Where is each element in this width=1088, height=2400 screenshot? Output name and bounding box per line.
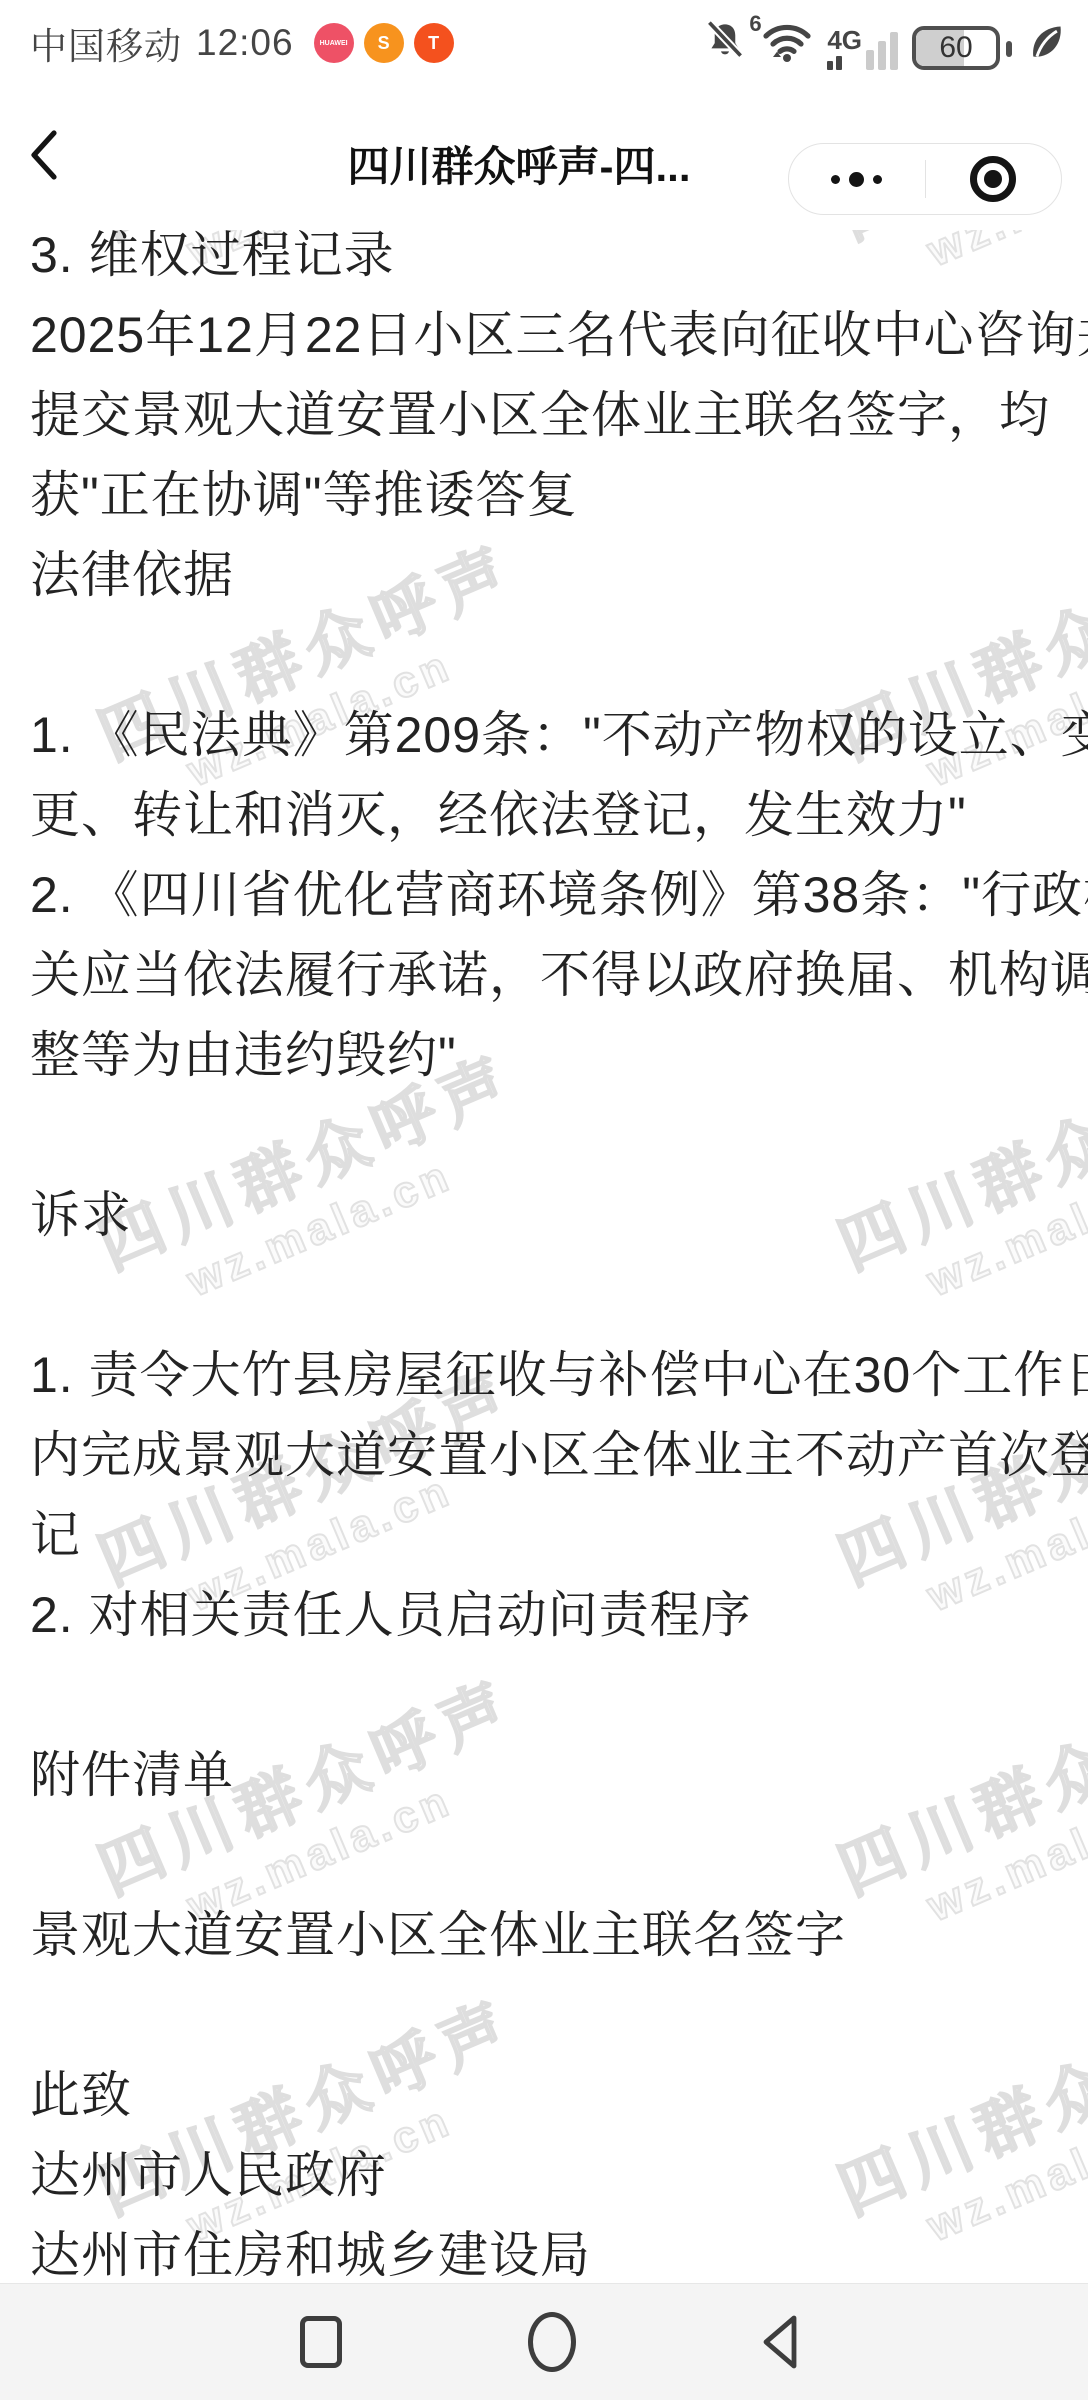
clock: 12:06 [196,22,294,64]
text-line: 2. 对相关责任人员启动问责程序 [30,1575,1070,1655]
text-line: 此致 [30,2055,1070,2135]
text-line: 景观大道安置小区全体业主联名签字 [30,1895,1070,1975]
text-line: 2. 《四川省优化营商环境条例》第38条："行政机 [30,855,1070,935]
status-bar: 中国移动 12:06 HUAWEIST 6 [0,0,1088,80]
notification-icons: HUAWEIST [314,23,454,63]
text-line: 整等为由违约毁约" [30,1015,1070,1095]
text-line: 1. 责令大竹县房屋征收与补偿中心在30个工作日 [30,1335,1070,1415]
sports-app-icon: S [364,23,404,63]
sim2-signal-bars [866,32,898,70]
more-button[interactable] [789,144,925,214]
text-line [30,1975,1070,2055]
wifi-icon: 6 [761,19,813,68]
signal-icon: 4G [827,27,898,70]
muted-bell-icon [703,17,747,68]
text-line: 法律依据 [30,535,1070,615]
phone-screen: 四川群众呼声wz.mala.cn四川群众呼声wz.mala.cn四川群众呼声wz… [0,0,1088,2400]
text-line: 附件清单 [30,1735,1070,1815]
text-line: 2025年12月22日小区三名代表向征收中心咨询并 [30,295,1070,375]
mini-program-header: 四川群众呼声-四... [0,80,1088,230]
miniprogram-capsule [788,143,1062,215]
text-line: 诉求 [30,1175,1070,1255]
battery-indicator: 60 [912,26,1000,70]
page-title: 四川群众呼声-四... [250,80,788,230]
wifi-generation-label: 6 [749,11,761,37]
text-line: 关应当依法履行承诺，不得以政府换届、机构调 [30,935,1070,1015]
redpacket-app-icon: T [414,23,454,63]
text-line [30,1255,1070,1335]
power-saving-leaf-icon [1026,20,1066,69]
text-line: 达州市人民政府 [30,2135,1070,2215]
minimize-button[interactable] [926,144,1062,214]
text-line: 提交景观大道安置小区全体业主联名签字，均 [30,375,1070,455]
document-text: 3. 维权过程记录2025年12月22日小区三名代表向征收中心咨询并提交景观大道… [30,215,1070,2295]
status-left: 中国移动 12:06 HUAWEIST [30,16,454,70]
back-nav-button[interactable] [752,2312,808,2377]
text-line [30,1095,1070,1175]
text-line: 1. 《民法典》第209条："不动产物权的设立、变 [30,695,1070,775]
text-line [30,615,1070,695]
recents-button[interactable] [300,2316,342,2368]
carrier-label: 中国移动 [30,16,182,70]
huawei-app-icon: HUAWEI [314,23,354,63]
more-dots-icon [831,172,882,187]
sim1-signal-bars [827,56,842,70]
home-button[interactable] [528,2312,576,2372]
text-line [30,1655,1070,1735]
battery-percent-label: 60 [916,30,996,66]
status-right: 6 4G [703,17,1066,70]
network-type-label: 4G [827,27,862,53]
text-line: 获"正在协调"等推诿答复 [30,455,1070,535]
text-line: 更、转让和消灭，经依法登记，发生效力" [30,775,1070,855]
text-line [30,1815,1070,1895]
text-line: 记 [30,1495,1070,1575]
android-nav-bar [0,2283,1088,2400]
back-button[interactable] [26,125,76,185]
battery-nub [1006,41,1012,57]
circle-dot-icon [970,156,1016,202]
text-line: 内完成景观大道安置小区全体业主不动产首次登 [30,1415,1070,1495]
